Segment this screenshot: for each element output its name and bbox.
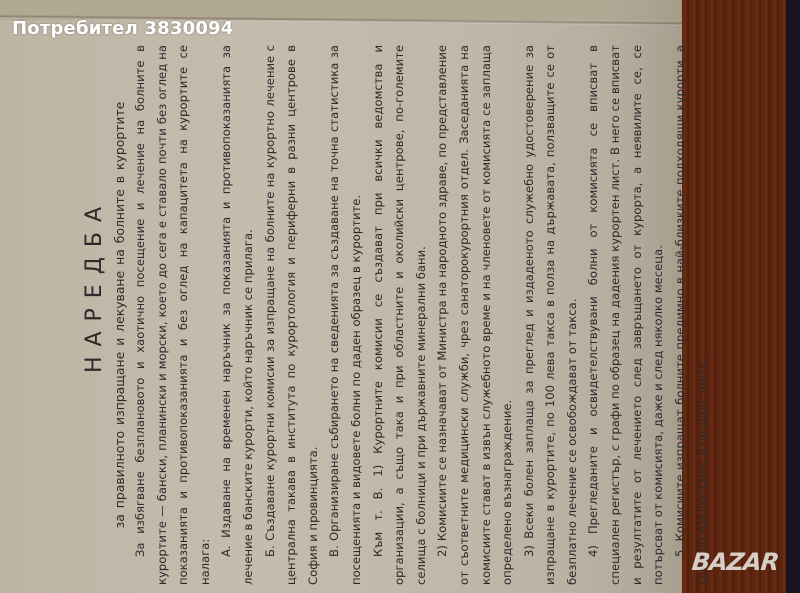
paragraph-item-2: 2) Комисиите се назначават от Министра н…	[432, 45, 518, 585]
paragraph-b: Б. Създаване курортни комисии за изпраща…	[260, 45, 325, 585]
paragraph-intro: За избягване безплановото и хаотично пос…	[130, 45, 216, 585]
paragraph-item-3: 3) Всеки болен заплаща за преглед и изда…	[519, 45, 584, 585]
paragraph-item-1: Към т. В. 1) Курортните комисии се създа…	[368, 45, 433, 585]
document-subtitle: за правилното изпращане и лекуване на бо…	[110, 45, 130, 585]
bazar-logo: BAZAR	[691, 548, 780, 576]
document-page: НАРЕДБА за правилното изпращане и лекува…	[80, 45, 680, 585]
paragraph-v: В. Организиране събирането на сведенията…	[324, 45, 367, 585]
dark-background-strip	[786, 0, 800, 593]
paragraph-item-4: 4) Прегледаните и освидетелствувани болн…	[583, 45, 669, 585]
document-title: НАРЕДБА	[80, 45, 110, 525]
paragraph-a: А. Издаване на временен наръчник за пока…	[216, 45, 259, 585]
user-watermark: Потребител 3830094	[12, 18, 234, 39]
paragraph-item-5: 5. Комисиите изпращат болните предимно в…	[670, 45, 713, 585]
